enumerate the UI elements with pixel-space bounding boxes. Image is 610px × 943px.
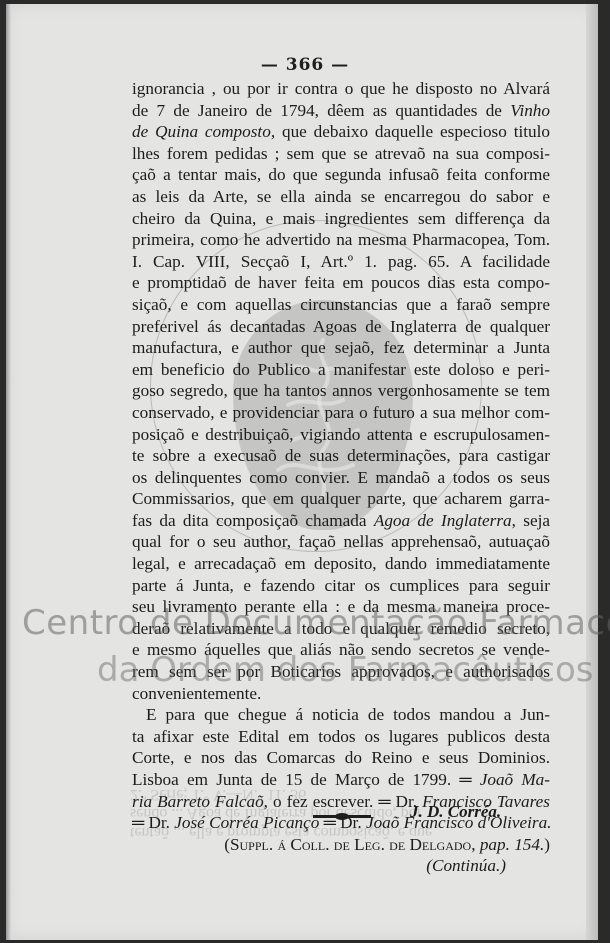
paragraph-2-line-3: Corte, e nos das Comarcas do Reino e seu… (132, 747, 550, 769)
text-line: lhes forem pedidas ; sem que se atrevaõ … (132, 143, 550, 165)
text-line: goso segredo, que ha tantos annos vergon… (132, 380, 550, 402)
text-fragment: qual for o seu author, façaõ nellas appr… (132, 532, 550, 551)
bleed-line: tentaõ ... ella e prompta esta composiça… (130, 823, 550, 842)
text-line: fas da dita composiçaõ chamada Agoa de I… (132, 510, 550, 532)
text-line: çaõ a tentar mais, do que segunda infusa… (132, 164, 550, 186)
text-fragment: e promptidaõ de haver feita em poucos di… (132, 273, 550, 292)
text-fragment: çaõ a tentar mais, do que segunda infusa… (132, 165, 550, 184)
text-line: parte á Junta, e fazendo citar os cumpli… (132, 575, 550, 597)
text-fragment: parte á Junta, e fazendo citar os cumpli… (132, 576, 550, 595)
text-line: de Quina composto, que debaixo daquelle … (132, 121, 550, 143)
paragraph-2-line-2: ta afixar este Edital em todos os lugare… (132, 726, 550, 748)
paragraph-2-line-1: E para que chegue á noticia de todos man… (132, 704, 550, 726)
text-line: e promptidaõ de haver feita em poucos di… (132, 272, 550, 294)
text-fragment: Commissarios, que em qualquer parte, que… (132, 489, 550, 508)
text-line: manufactura, e author que sejaõ, fez det… (132, 337, 550, 359)
text-line: primeira, como he advertido na mesma Pha… (132, 229, 550, 251)
continued-label: (Continúa.) (132, 855, 550, 877)
text-fragment: manufactura, e author que sejaõ, fez det… (132, 338, 550, 357)
text-line: Commissarios, que em qualquer parte, que… (132, 488, 550, 510)
watermark-line-2: da Ordem dos Farmacêuticos (97, 650, 610, 690)
text-line: os delinquentes como convier. E mandaõ a… (132, 467, 550, 489)
page-number: — 366 — (0, 55, 610, 75)
italic-term: de Quina composto (132, 122, 271, 141)
text-fragment: de 7 de Janeiro de 1794, dêem as quantid… (132, 101, 510, 120)
text-line: siçaõ, e com aquellas circunstancias que… (132, 294, 550, 316)
end-ornament-rule (313, 815, 371, 818)
page-left-edge-shadow (6, 4, 11, 940)
italic-term: Vinho (510, 101, 550, 120)
text-fragment: I. Cap. VIII, Secçaõ I, Art.º 1. pag. 65… (132, 252, 550, 271)
text-fragment: conservado, e providenciar para o futuro… (132, 403, 550, 422)
text-line: posiçaõ e destribuiçaõ, vigiando attenta… (132, 424, 550, 446)
text-line: conservado, e providenciar para o futuro… (132, 402, 550, 424)
text-fragment: primeira, como he advertido na mesma Pha… (132, 230, 550, 249)
text-fragment: fas da dita composiçaõ chamada (132, 511, 374, 530)
text-line: de 7 de Janeiro de 1794, dêem as quantid… (132, 100, 550, 122)
text-line: preferivel ás decantadas Agoas de Inglat… (132, 316, 550, 338)
text-line: I. Cap. VIII, Secçaõ I, Art.º 1. pag. 65… (132, 251, 550, 273)
text-fragment: , seja (512, 511, 550, 530)
text-fragment: goso segredo, que ha tantos annos vergon… (132, 381, 550, 400)
text-fragment: cheiro da Quina, e mais ingredientes sem… (132, 209, 550, 228)
text-fragment: preferivel ás decantadas Agoas de Inglat… (132, 317, 550, 336)
text-fragment: legal, e arrecadaçaõ em deposito, dando … (132, 554, 550, 573)
text-line: qual for o seu author, façaõ nellas appr… (132, 531, 550, 553)
text-fragment: em beneficio do Publico a manifestar est… (132, 360, 550, 379)
text-fragment: lhes forem pedidas ; sem que se atrevaõ … (132, 144, 550, 163)
text-line: as leis da Arte, se ella ainda se encarr… (132, 186, 550, 208)
page-right-edge-shadow (586, 4, 598, 940)
text-line: te sobre a execusaõ de suas determinaçõe… (132, 445, 550, 467)
text-fragment: siçaõ, e com aquellas circunstancias que… (132, 295, 550, 314)
text-fragment: ignorancia , ou por ir contra o que he d… (132, 79, 550, 98)
text-line: em beneficio do Publico a manifestar est… (132, 359, 550, 381)
italic-term: Agoa de Inglaterra (374, 511, 512, 530)
text-line: legal, e arrecadaçaõ em deposito, dando … (132, 553, 550, 575)
text-fragment: as leis da Arte, se ella ainda se encarr… (132, 187, 550, 206)
document-body: ignorancia , ou por ir contra o que he d… (132, 78, 550, 877)
text-fragment: , que debaixo daquelle especioso titulo (271, 122, 550, 141)
text-line: ignorancia , ou por ir contra o que he d… (132, 78, 550, 100)
text-fragment: posiçaõ e destribuiçaõ, vigiando attenta… (132, 425, 550, 444)
watermark-line-1: Centro de Documentação Farmacêutica (22, 603, 602, 643)
text-fragment: te sobre a execusaõ de suas determinaçõe… (132, 446, 550, 465)
text-line: cheiro da Quina, e mais ingredientes sem… (132, 208, 550, 230)
continued-text: (Continúa.) (426, 856, 506, 875)
text-fragment: os delinquentes como convier. E mandaõ a… (132, 468, 550, 487)
author-signature: J. D. Corréa. (410, 802, 501, 822)
